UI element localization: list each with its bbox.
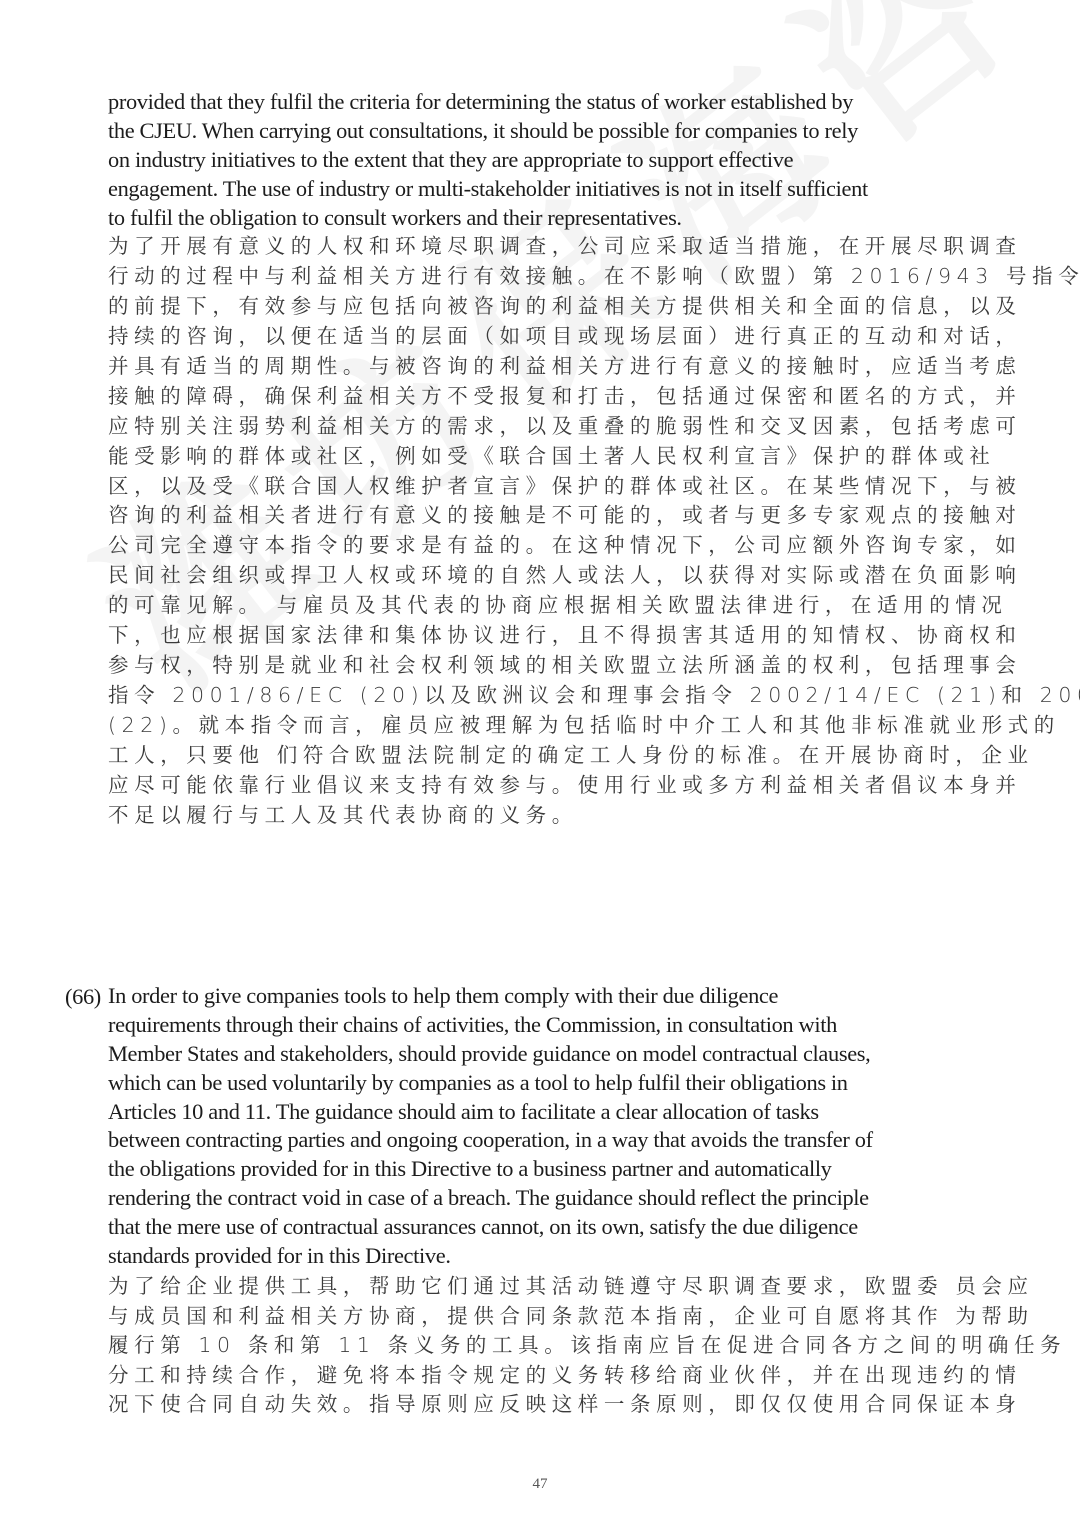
text-line: standards provided for in this Directive… xyxy=(108,1242,873,1271)
text-line: engagement. The use of industry or multi… xyxy=(108,174,868,203)
paragraph-66-chinese: 为了给企业提供工具，帮助它们通过其活动链遵守尽职调查要求，欧盟委 员会应 与成员… xyxy=(108,1272,1066,1420)
paragraph-66-english: In order to give companies tools to help… xyxy=(108,982,873,1271)
text-line: 公司完全遵守本指令的要求是有益的。在这种情况下，公司应额外咨询专家，如 xyxy=(108,531,1080,561)
text-line: 的前提下，有效参与应包括向被咨询的利益相关方提供相关和全面的信息，以及 xyxy=(108,292,1080,322)
text-line: 况下使合同自动失效。指导原则应反映这样一条原则，即仅仅使用合同保证本身 xyxy=(108,1390,1066,1420)
page-number: 47 xyxy=(0,1476,1080,1493)
text-line: provided that they fulfil the criteria f… xyxy=(108,87,868,116)
text-line: that the mere use of contractual assuran… xyxy=(108,1213,873,1242)
text-line: between contracting parties and ongoing … xyxy=(108,1126,873,1155)
text-line: 接触的障碍，确保利益相关方不受报复和打击，包括通过保密和匿名的方式，并 xyxy=(108,382,1080,412)
text-line: 下，也应根据国家法律和集体协议进行，且不得损害其适用的知情权、协商权和 xyxy=(108,621,1080,651)
text-line: rendering the contract void in case of a… xyxy=(108,1184,873,1213)
text-line: 分工和持续合作，避免将本指令规定的义务转移给商业伙伴，并在出现违约的情 xyxy=(108,1361,1066,1391)
text-line: 能受影响的群体或社区，例如受《联合国土著人民权利宣言》保护的群体或社 xyxy=(108,442,1080,472)
text-line: 应特别关注弱势利益相关方的需求，以及重叠的脆弱性和交叉因素，包括考虑可 xyxy=(108,412,1080,442)
text-line: which can be used voluntarily by compani… xyxy=(108,1069,873,1098)
text-line: on industry initiatives to the extent th… xyxy=(108,145,868,174)
paragraph-65-chinese-translation: 为了开展有意义的人权和环境尽职调查，公司应采取适当措施，在开展尽职调查 行动的过… xyxy=(108,232,1080,831)
text-line: 持续的咨询，以便在适当的层面（如项目或现场层面）进行真正的互动和对话， xyxy=(108,322,1080,352)
text-line: Articles 10 and 11. The guidance should … xyxy=(108,1098,873,1127)
paragraph-number: (66) xyxy=(65,982,101,1011)
text-line: requirements through their chains of act… xyxy=(108,1011,873,1040)
text-line: the obligations provided for in this Dir… xyxy=(108,1155,873,1184)
text-line: 民间社会组织或捍卫人权或环境的自然人或法人，以获得对实际或潜在负面影响 xyxy=(108,561,1080,591)
text-line: (22)。就本指令而言，雇员应被理解为包括临时中介工人和其他非标准就业形式的 xyxy=(108,711,1080,741)
text-line: 工人，只要他 们符合欧盟法院制定的确定工人身份的标准。在开展协商时，企业 xyxy=(108,741,1080,771)
text-line: the CJEU. When carrying out consultation… xyxy=(108,116,868,145)
text-line: 咨询的利益相关者进行有意义的接触是不可能的，或者与更多专家观点的接触对 xyxy=(108,501,1080,531)
text-line: 并具有适当的周期性。与被咨询的利益相关方进行有意义的接触时，应适当考虑 xyxy=(108,352,1080,382)
text-line: 区，以及受《联合国人权维护者宣言》保护的群体或社区。在某些情况下，与被 xyxy=(108,472,1080,502)
text-line: 与成员国和利益相关方协商，提供合同条款范本指南，企业可自愿将其作 为帮助 xyxy=(108,1302,1066,1332)
text-line: 行动的过程中与利益相关方进行有效接触。在不影响（欧盟）第 2016/943 号指… xyxy=(108,262,1080,292)
text-line: Member States and stakeholders, should p… xyxy=(108,1040,873,1069)
text-line: 应尽可能依靠行业倡议来支持有效参与。使用行业或多方利益相关者倡议本身并 xyxy=(108,771,1080,801)
text-line: In order to give companies tools to help… xyxy=(108,982,873,1011)
text-line: 为了开展有意义的人权和环境尽职调查，公司应采取适当措施，在开展尽职调查 xyxy=(108,232,1080,262)
text-line: 的可靠见解。 与雇员及其代表的协商应根据相关欧盟法律进行，在适用的情况 xyxy=(108,591,1080,621)
text-line: 指令 2001/86/EC (20)以及欧洲议会和理事会指令 2002/14/E… xyxy=(108,681,1080,711)
text-line: 参与权，特别是就业和社会权利领域的相关欧盟立法所涵盖的权利，包括理事会 xyxy=(108,651,1080,681)
text-line: 不足以履行与工人及其代表协商的义务。 xyxy=(108,801,1080,831)
paragraph-65-english-continuation: provided that they fulfil the criteria f… xyxy=(108,87,868,232)
document-page: 潍坊保海咨询 provided that they fulfil the cri… xyxy=(0,0,1080,1527)
text-line: 为了给企业提供工具，帮助它们通过其活动链遵守尽职调查要求，欧盟委 员会应 xyxy=(108,1272,1066,1302)
text-line: to fulfil the obligation to consult work… xyxy=(108,203,868,232)
text-line: 履行第 10 条和第 11 条义务的工具。该指南应旨在促进合同各方之间的明确任务 xyxy=(108,1331,1066,1361)
